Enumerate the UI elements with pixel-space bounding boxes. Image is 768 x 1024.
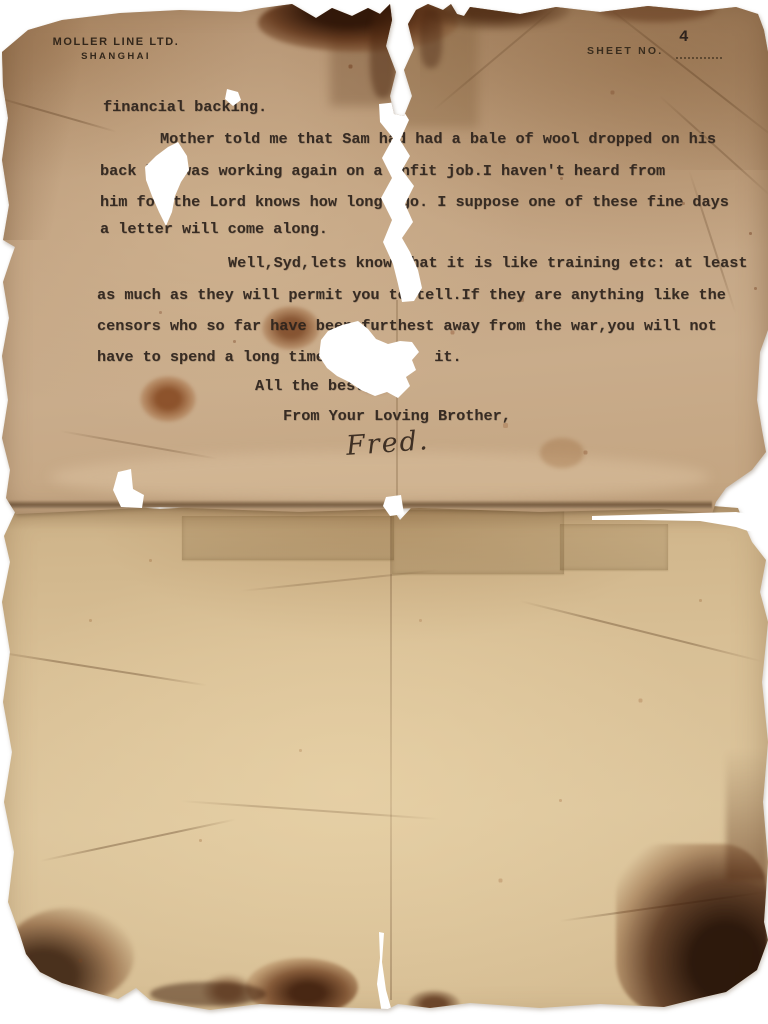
crease-bottom-1	[0, 650, 207, 686]
crease-bottom-2	[520, 600, 763, 662]
letterhead-city: SHANGHAI	[50, 51, 182, 62]
letterhead-company: MOLLER LINE LTD.	[50, 36, 182, 48]
tape-strip-left	[182, 516, 394, 560]
paper-bottom-half-wrap	[0, 500, 768, 1024]
stain-bottom-edge-fringe	[150, 982, 266, 1006]
stain-near-signature	[540, 438, 584, 468]
sheet-number-value: 4	[679, 28, 689, 46]
tape-strip-right	[560, 524, 668, 570]
paper-top-half: MOLLER LINE LTD. SHANGHAI SHEET NO. 4 fi…	[0, 0, 768, 516]
letterhead: MOLLER LINE LTD. SHANGHAI	[50, 36, 182, 62]
crease-bottom-5	[180, 800, 440, 820]
typed-line: censors who so far have been furthest aw…	[97, 318, 717, 335]
typed-line: financial backing.	[103, 99, 267, 116]
crease-bottom-3	[40, 818, 236, 862]
foxing-speckles-top	[0, 0, 1, 1]
fold-line	[6, 500, 712, 509]
stain-bottom-center	[246, 958, 358, 1016]
stain-right-edge-streak	[726, 750, 768, 880]
sheet-number-dotted-line	[676, 48, 722, 59]
sheet-number-label: SHEET NO.	[587, 45, 663, 57]
stain-tear-channel-left	[370, 8, 396, 98]
stain-bottom-left-corner	[4, 908, 134, 1004]
typed-line: Mother told me that Sam had had a bale o…	[160, 131, 716, 148]
paper-bottom-half	[0, 500, 768, 1024]
paper-top-half-wrap: MOLLER LINE LTD. SHANGHAI SHEET NO. 4 fi…	[0, 0, 768, 516]
stain-right-of-split	[408, 990, 460, 1018]
tape-strip-center	[392, 510, 564, 574]
closing-line: From Your Loving Brother,	[283, 408, 511, 425]
letter-scan: MOLLER LINE LTD. SHANGHAI SHEET NO. 4 fi…	[0, 0, 768, 1024]
stain-left-margin	[140, 376, 196, 422]
typed-line: a letter will come along.	[100, 221, 328, 238]
crease-lower-left	[60, 430, 218, 460]
stain-tear-channel-right	[420, 8, 442, 68]
typed-line: Well,Syd,lets know what it is like train…	[228, 255, 748, 272]
typed-line: him for the Lord knows how long ago. I s…	[100, 194, 729, 211]
signature: Fred.	[345, 425, 430, 462]
crease-vertical-center	[390, 508, 392, 1000]
